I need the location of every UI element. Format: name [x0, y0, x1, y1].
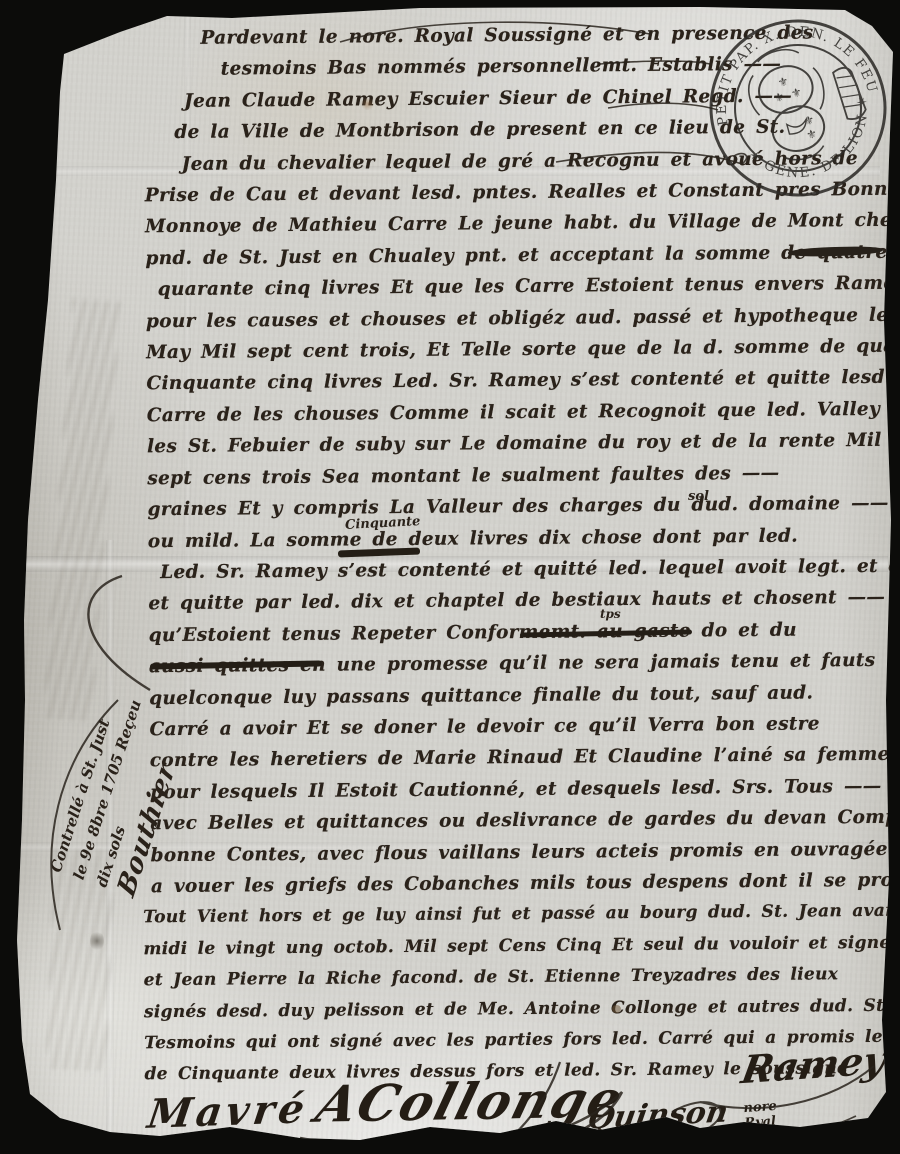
- signature-quinson: Quinson: [585, 1094, 730, 1137]
- signature-collonge: ACollonge: [310, 1069, 630, 1134]
- svg-text:⚜: ⚜: [776, 74, 790, 90]
- interlinear-insertion: sol: [688, 489, 709, 504]
- svg-text:⚜: ⚜: [789, 85, 803, 101]
- signature-mavre: Mavré: [145, 1085, 312, 1138]
- ink-blot: [666, 1122, 677, 1132]
- notary-title-line: Ryal: [744, 1114, 778, 1131]
- ink-blot: [36, 64, 48, 74]
- svg-text:⚜: ⚜: [805, 126, 819, 142]
- interlinear-insertion: tps: [600, 607, 621, 621]
- svg-text:⚜: ⚜: [772, 89, 786, 105]
- signature-notary-title: nore Ryal: [743, 1099, 778, 1131]
- manuscript-paper: Pardevant le nore. Royal Soussigné et en…: [0, 0, 900, 1154]
- ink-smudge: [90, 930, 104, 952]
- ink-bleedthrough: [43, 299, 120, 721]
